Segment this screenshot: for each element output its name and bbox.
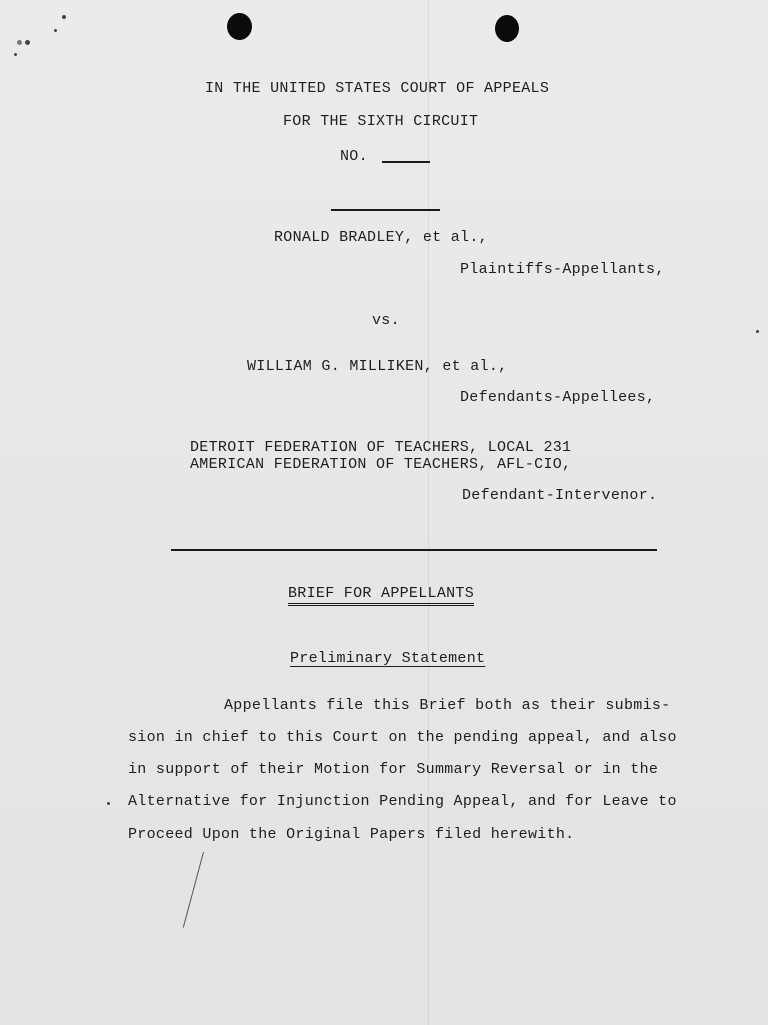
versus-label: vs. [372,312,400,329]
punch-hole-right-icon [495,15,519,42]
body-line-5: Proceed Upon the Original Papers filed h… [128,826,574,843]
plaintiff-name: RONALD BRADLEY, et al., [274,229,488,246]
separator-long [171,549,657,551]
paper-speck [62,15,66,19]
document-page: IN THE UNITED STATES COURT OF APPEALS FO… [0,0,768,1025]
defendant-role: Defendants-Appellees, [460,389,655,406]
paper-speck [107,802,110,805]
court-title-line2: FOR THE SIXTH CIRCUIT [283,113,478,130]
paper-speck [14,53,17,56]
body-line-1: Appellants file this Brief both as their… [224,697,670,714]
paper-speck [756,330,759,333]
intervenor-role: Defendant-Intervenor. [462,487,657,504]
intervenor-line1: DETROIT FEDERATION OF TEACHERS, LOCAL 23… [190,439,571,456]
case-number-label: NO. [340,148,368,165]
body-line-2: sion in chief to this Court on the pendi… [128,729,677,746]
separator-short [331,209,440,211]
court-title-line1: IN THE UNITED STATES COURT OF APPEALS [205,80,549,97]
body-line-3: in support of their Motion for Summary R… [128,761,658,778]
punch-hole-left-icon [227,13,252,40]
paper-scratch-mark [183,852,204,928]
brief-title: BRIEF FOR APPELLANTS [288,585,474,606]
plaintiff-role: Plaintiffs-Appellants, [460,261,665,278]
intervenor-line2: AMERICAN FEDERATION OF TEACHERS, AFL-CIO… [190,456,571,473]
paper-speck [54,29,57,32]
paper-speck [25,40,30,45]
paper-fold-line [428,0,429,1025]
paper-speck [17,40,22,45]
case-number-blank [382,161,430,163]
defendant-name: WILLIAM G. MILLIKEN, et al., [247,358,507,375]
section-heading: Preliminary Statement [290,650,485,667]
body-line-4: Alternative for Injunction Pending Appea… [128,793,677,810]
